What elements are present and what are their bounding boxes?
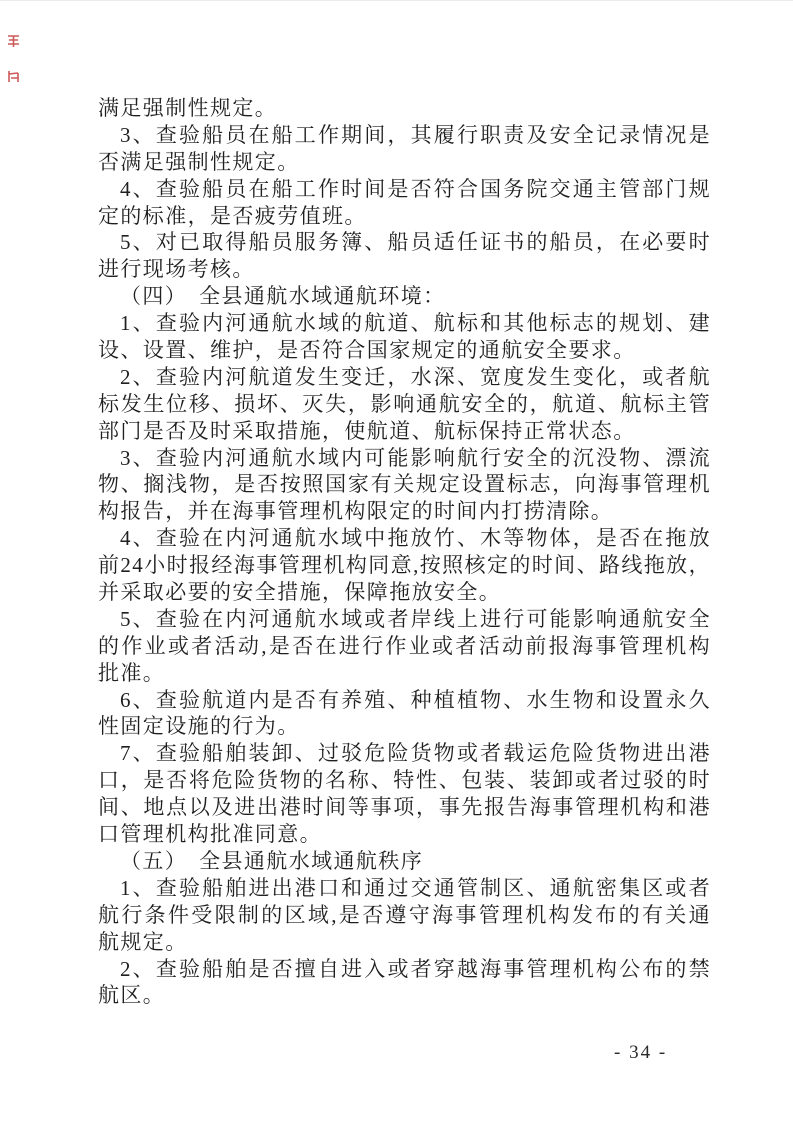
text-line: 满足强制性规定。 — [98, 95, 711, 122]
stamp-mark-icon — [6, 69, 21, 84]
text-line: 部门是否及时采取措施，使航道、航标保持正常状态。 — [98, 418, 711, 445]
text-line: 航区。 — [98, 982, 711, 1009]
text-line: 物、搁浅物，是否按照国家有关规定设置标志，向海事管理机 — [98, 471, 711, 498]
text-line: 航行条件受限制的区域,是否遵守海事管理机构发布的有关通 — [98, 902, 711, 929]
text-line: 4、查验在内河通航水域中拖放竹、木等物体，是否在拖放 — [98, 525, 711, 552]
text-line: 否满足强制性规定。 — [98, 149, 711, 176]
text-line: 标发生位移、损坏、灭失，影响通航安全的，航道、航标主管 — [98, 391, 711, 418]
text-line: 3、查验船员在船工作期间，其履行职责及安全记录情况是 — [98, 122, 711, 149]
text-line: 前24小时报经海事管理机构同意,按照核定的时间、路线拖放， — [98, 552, 711, 579]
text-line: 定的标准，是否疲劳值班。 — [98, 203, 711, 230]
text-line: 构报告，并在海事管理机构限定的时间内打捞清除。 — [98, 498, 711, 525]
text-line: 设、设置、维护，是否符合国家规定的通航安全要求。 — [98, 337, 711, 364]
text-line: 口管理机构批准同意。 — [98, 821, 711, 848]
page-number: - 34 - — [614, 1042, 684, 1064]
text-line: 1、查验船舶进出港口和通过交通管制区、通航密集区或者 — [98, 875, 711, 902]
text-line: 5、查验在内河通航水域或者岸线上进行可能影响通航安全 — [98, 606, 711, 633]
text-line: 7、查验船舶装卸、过驳危险货物或者载运危险货物进出港 — [98, 740, 711, 767]
text-line: 2、查验内河航道发生变迁，水深、宽度发生变化，或者航 — [98, 364, 711, 391]
document-page: 满足强制性规定。 3、查验船员在船工作期间，其履行职责及安全记录情况是 否满足强… — [0, 0, 793, 1123]
text-line: 并采取必要的安全措施，保障拖放安全。 — [98, 579, 711, 606]
text-line: （五） 全县通航水域通航秩序 — [98, 848, 711, 875]
text-line: 批准。 — [98, 660, 711, 687]
text-line: 航规定。 — [98, 929, 711, 956]
text-line: 性固定设施的行为。 — [98, 713, 711, 740]
text-line: 口，是否将危险货物的名称、特性、包装、装卸或者过驳的时 — [98, 767, 711, 794]
text-line: 进行现场考核。 — [98, 256, 711, 283]
document-body: 满足强制性规定。 3、查验船员在船工作期间，其履行职责及安全记录情况是 否满足强… — [98, 95, 711, 1009]
text-line: （四） 全县通航水域通航环境： — [98, 283, 711, 310]
text-line: 1、查验内河通航水域的航道、航标和其他标志的规划、建 — [98, 310, 711, 337]
text-line: 3、查验内河通航水域内可能影响航行安全的沉没物、漂流 — [98, 445, 711, 472]
stamp-mark-icon — [6, 33, 21, 48]
text-line: 4、查验船员在船工作时间是否符合国务院交通主管部门规 — [98, 176, 711, 203]
text-line: 6、查验航道内是否有养殖、种植植物、水生物和设置永久 — [98, 687, 711, 714]
text-line: 2、查验船舶是否擅自进入或者穿越海事管理机构公布的禁 — [98, 956, 711, 983]
red-stamp-marks — [4, 31, 26, 91]
text-line: 5、对已取得船员服务簿、船员适任证书的船员，在必要时 — [98, 229, 711, 256]
text-line: 间、地点以及进出港时间等事项，事先报告海事管理机构和港 — [98, 794, 711, 821]
text-line: 的作业或者活动,是否在进行作业或者活动前报海事管理机构 — [98, 633, 711, 660]
